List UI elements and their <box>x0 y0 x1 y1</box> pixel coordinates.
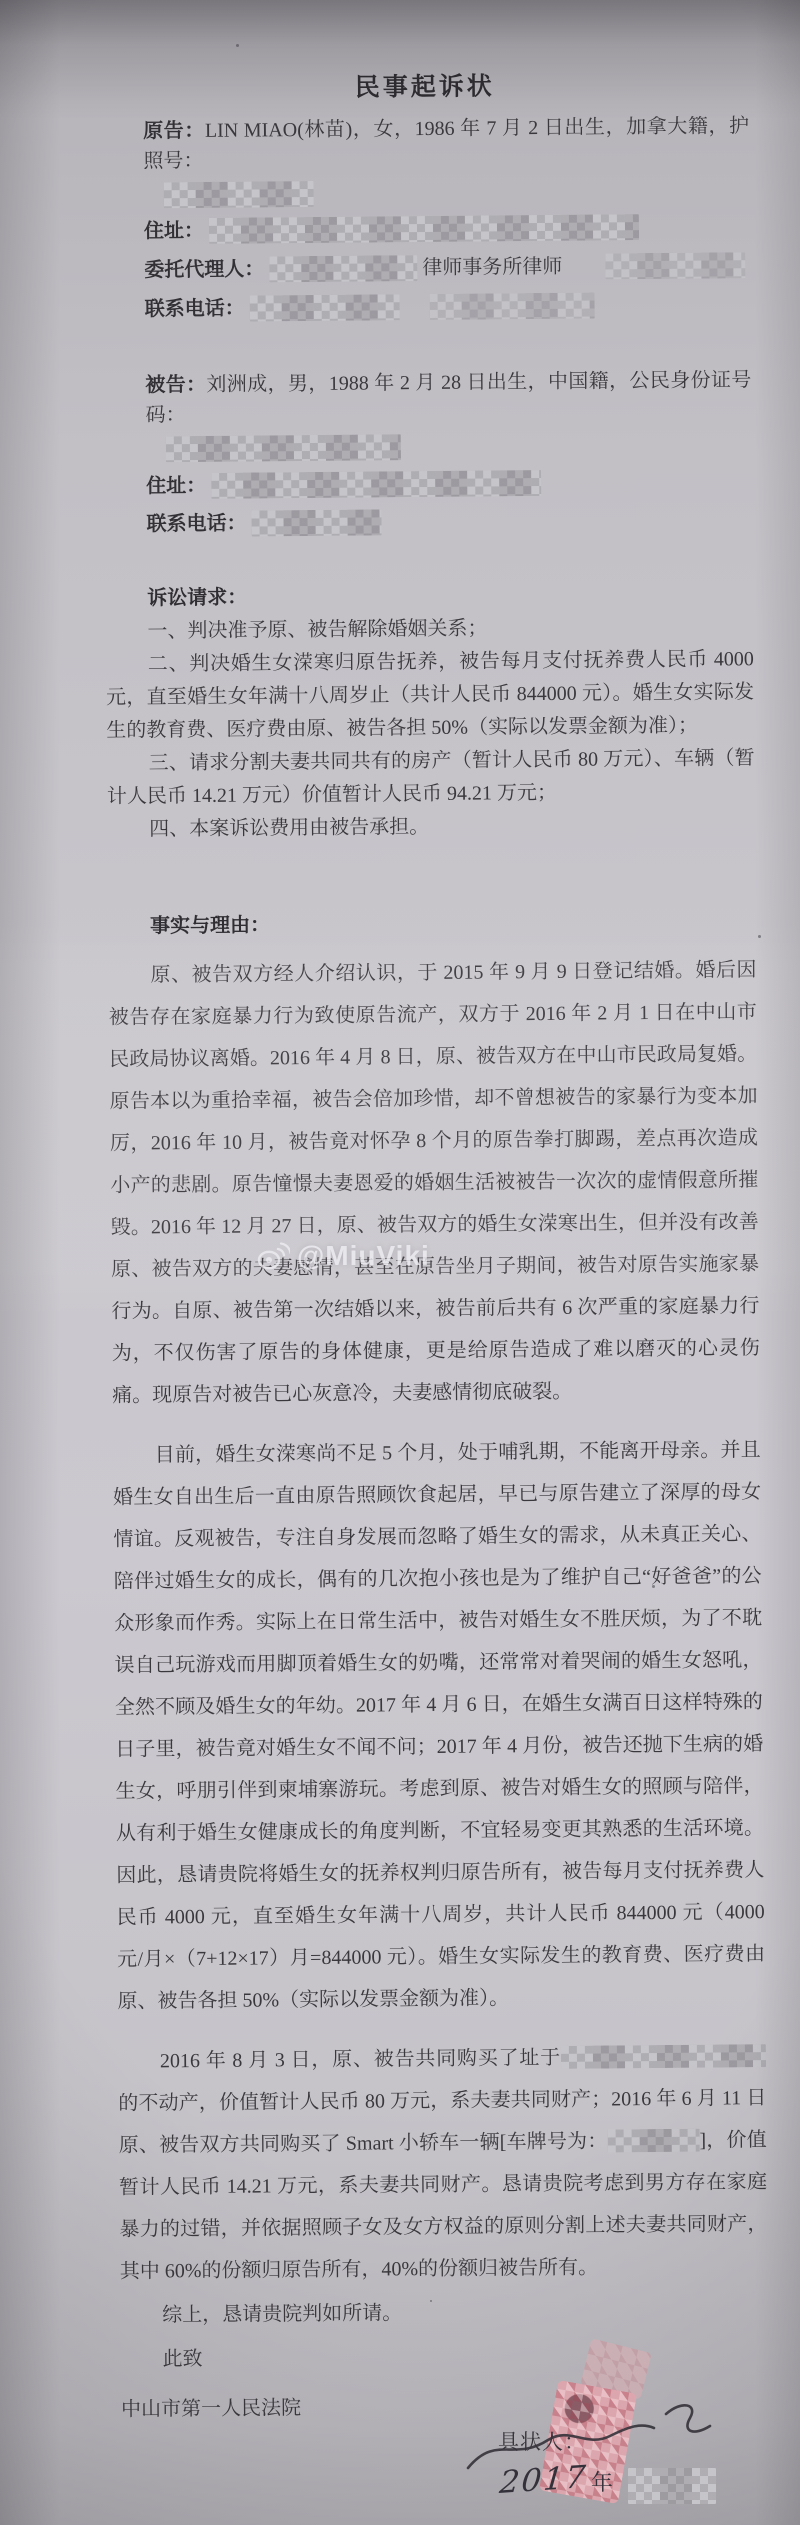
defendant-line: 被告：刘洲成，男，1988 年 2 月 28 日出生，中国籍，公民身份证号码： <box>103 365 751 431</box>
phone-label: 联系电话： <box>146 513 246 536</box>
facts-paragraph-marriage-history: 原、被告双方经人介绍认识，于 2015 年 9 月 9 日登记结婚。婚后因被告存… <box>108 949 760 1417</box>
defendant-id-row <box>104 431 752 463</box>
year-suffix: 年 <box>591 2470 613 2495</box>
property-text-1: 2016 年 8 月 3 日，原、被告共同购买了址于 <box>160 2047 561 2072</box>
defendant-phone-redaction <box>251 509 381 536</box>
plaintiff-address-redaction <box>209 214 639 244</box>
photo-speck <box>652 1585 655 1588</box>
facts-conclusion: 综上，恳请贵院判如所请。 <box>120 2289 768 2337</box>
plaintiff-phone-row: 联系电话： <box>103 289 751 325</box>
date-redaction <box>628 2468 716 2504</box>
photo-speck <box>236 44 239 47</box>
passport-number-redaction <box>164 181 314 208</box>
property-address-redaction <box>561 2044 766 2069</box>
defendant-label: 被告： <box>145 374 206 397</box>
plaintiff-phone-redaction-2 <box>430 293 595 320</box>
facts-paragraph-property: 2016 年 8 月 3 日，原、被告共同购买了址于的不动产，价值暂计人民币 8… <box>118 2035 768 2293</box>
claim-item-3: 三、请求分割夫妻共同共有的房产（暂计人民币 80 万元）、车辆（暂计人民币 14… <box>107 742 756 814</box>
agent-name-redaction <box>269 255 417 282</box>
plaintiff-info: LIN MIAO(林苗)，女，1986 年 7 月 2 日出生，加拿大籍，护照号… <box>143 115 749 172</box>
date-row: 2017年 <box>500 2462 716 2504</box>
plaintiff-line: 原告：LIN MIAO(林苗)，女，1986 年 7 月 2 日出生，加拿大籍，… <box>101 111 749 177</box>
plaintiff-passport-row <box>102 177 750 209</box>
agent-firm-text: 律师事务所律师 <box>422 256 562 279</box>
photo-speck <box>758 935 761 938</box>
photo-speck <box>430 2300 432 2302</box>
defendant-address-redaction <box>211 470 541 499</box>
document-title: 民事起诉状 <box>100 0 749 105</box>
id-number-redaction <box>166 434 401 462</box>
facts-paragraph-custody: 目前，婚生女溁寒尚不足 5 个月，处于哺乳期，不能离开母亲。并且婚生女自出生后一… <box>113 1429 766 2023</box>
plaintiff-agent-row: 委托代理人： 律师事务所律师 <box>102 250 750 286</box>
defendant-address-row: 住址： <box>104 466 752 502</box>
address-label: 住址： <box>146 475 206 498</box>
claim-item-2: 二、判决婚生女溁寒归原告抚养，被告每月支付抚养费人民币 4000 元，直至婚生女… <box>106 643 755 748</box>
weibo-eye-icon <box>256 1241 290 1271</box>
defendant-info: 刘洲成，男，1988 年 2 月 28 日出生，中国籍，公民身份证号码： <box>146 369 752 426</box>
agent-label: 委托代理人： <box>144 258 264 281</box>
plaintiff-address-row: 住址： <box>102 211 750 247</box>
license-plate-redaction <box>607 2129 699 2153</box>
plaintiff-label: 原告： <box>143 120 205 143</box>
photo-of-civil-complaint: { "title": "民事起诉状", "plaintiff": { "line… <box>0 0 800 2525</box>
weibo-watermark: @MiuViki <box>256 1240 430 1272</box>
facts-heading: 事实与理由： <box>108 905 756 944</box>
watermark-handle: @MiuViki <box>297 1240 430 1272</box>
salutation: 此致 <box>120 2333 768 2381</box>
agent-extra-redaction <box>605 252 745 279</box>
plaintiff-phone-redaction-1 <box>250 294 400 321</box>
defendant-phone-row: 联系电话： <box>104 504 752 540</box>
address-label: 住址： <box>144 220 204 243</box>
phone-label: 联系电话： <box>145 298 245 321</box>
claim-item-4: 四、本案诉讼费用由被告承担。 <box>107 808 755 847</box>
handwritten-year: 2017 <box>498 2459 589 2501</box>
complaint-document: 民事起诉状 原告：LIN MIAO(林苗)，女，1986 年 7 月 2 日出生… <box>100 0 769 2431</box>
